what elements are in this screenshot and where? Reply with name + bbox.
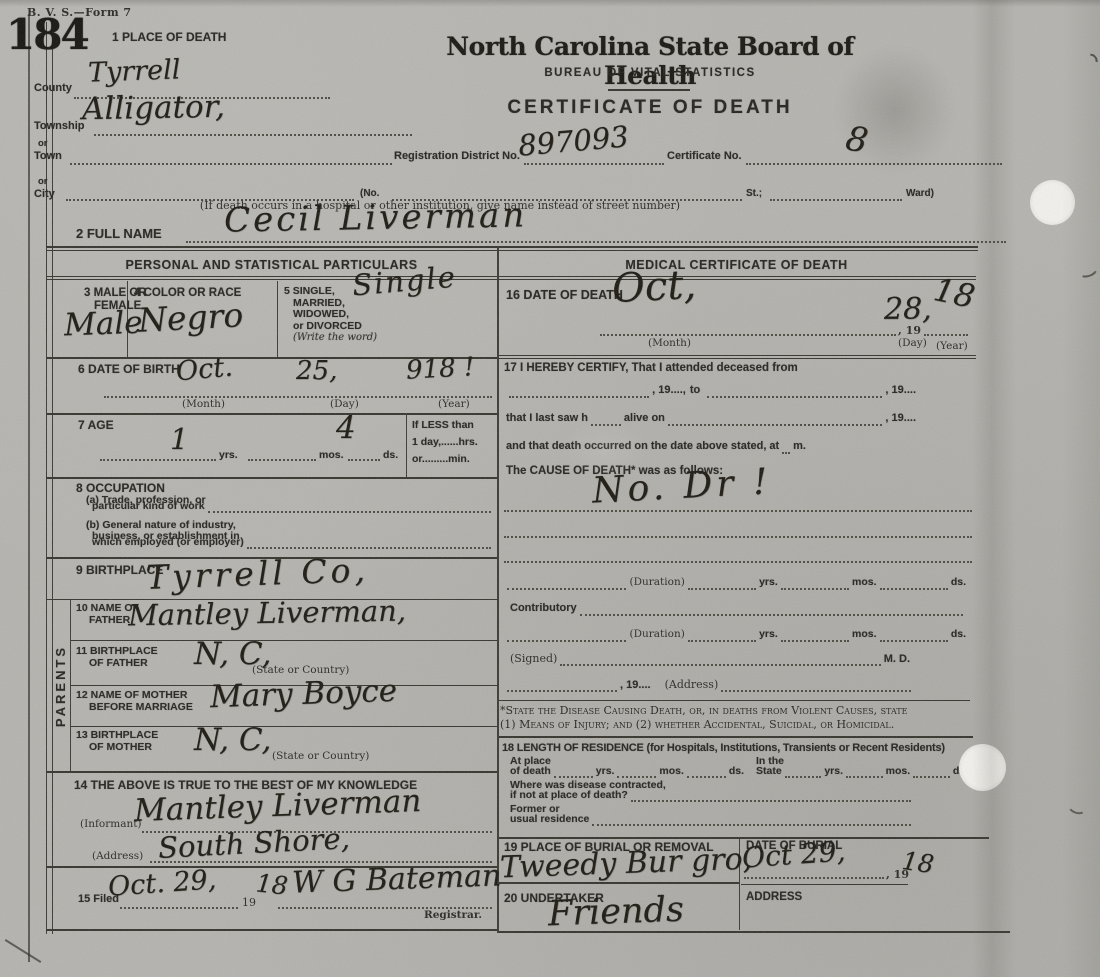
mother-birthplace-label: 13 BIRTHPLACE OF MOTHER — [76, 730, 158, 753]
certificate-no-label: Certificate No. — [667, 150, 742, 162]
undertaker-address-label: ADDRESS — [746, 891, 802, 903]
or-label-2: or — [38, 176, 48, 187]
contributory-line: Contributory — [510, 602, 966, 616]
org-title: North Carolina State Board of Health — [400, 32, 900, 90]
dob-label: 6 DATE OF BIRTH — [78, 362, 180, 376]
masthead-rule — [608, 89, 690, 91]
mother-birthplace-value: N, C, — [194, 722, 271, 758]
birthplace-value: Tyrrell Co, — [145, 550, 369, 597]
certify-statement-label: 17 I HEREBY CERTIFY, That I attended dec… — [504, 362, 798, 374]
father-birthplace-label: 11 BIRTHPLACE OF FATHER — [76, 646, 158, 669]
parents-side-label: PARENTS — [53, 626, 69, 746]
signed-date-address-line: , 19.... (Address) — [504, 678, 914, 692]
filed-year-value: 18 — [255, 868, 290, 900]
occupation-a-line2: particular kind of work — [92, 500, 494, 513]
dob-month-caption: (Month) — [182, 398, 225, 410]
full-name-line — [186, 240, 1006, 243]
cause-of-death-value: No. Dr ! — [591, 461, 772, 511]
residence-label: 18 LENGTH OF RESIDENCE (for Hospitals, I… — [502, 742, 945, 754]
dod-underline-1 — [499, 355, 976, 356]
age-yrs-line — [100, 458, 216, 461]
row-rule — [46, 477, 497, 479]
county-value: Tyrrell — [87, 54, 180, 88]
in-state-line: State yrs. mos. ds. — [756, 765, 968, 778]
registration-district-value: 897093 — [517, 119, 630, 163]
age-mos-unit: mos. — [319, 449, 344, 461]
township-line — [94, 133, 412, 136]
cell-divider-4-5 — [277, 281, 278, 357]
dob-month-value: Oct. — [175, 352, 234, 388]
age-mos-line — [248, 458, 316, 461]
informant-address-caption: (Address) — [92, 850, 143, 862]
cause-line-3 — [504, 560, 972, 563]
former-residence-line: usual residence — [510, 813, 914, 826]
mother-name-label: 12 NAME OF MOTHER BEFORE MARRIAGE — [76, 690, 193, 713]
dod-month-value: Oct, — [611, 262, 697, 312]
dod-year-caption: (Year) — [936, 340, 968, 352]
age-subbox-divider — [406, 413, 407, 477]
dob-day-caption: (Day) — [330, 398, 359, 410]
stray-pen-mark-4 — [5, 939, 42, 963]
stamp-number: 184 — [6, 10, 88, 59]
full-name-label: 2 FULL NAME — [76, 226, 162, 241]
row-rule — [46, 413, 497, 415]
scan-edge-shade — [1062, 0, 1100, 977]
cause-line-2 — [504, 535, 972, 538]
death-occurred-line: and that death occurred on the date abov… — [506, 440, 806, 454]
place-of-death-label: 1 PLACE OF DEATH — [112, 30, 226, 44]
medical-certificate-header: MEDICAL CERTIFICATE OF DEATH — [497, 258, 976, 272]
dod-year-printed: , 19 — [898, 324, 921, 337]
top-section-rule-1 — [46, 246, 978, 248]
dod-month-caption: (Month) — [648, 337, 691, 349]
ward-label: Ward) — [906, 188, 934, 199]
age-less-than-note: If LESS than 1 day,......hrs. or........… — [412, 417, 478, 468]
undertaker-value: Friends — [547, 890, 684, 935]
duration-line-1: (Duration) yrs. mos. ds. — [504, 576, 966, 590]
dod-day-value: 28, — [884, 292, 932, 327]
mother-name-value: Mary Boyce — [209, 673, 397, 716]
street-label: St.; — [746, 188, 762, 199]
dob-year-caption: (Year) — [438, 398, 470, 410]
parents-strip-divider — [70, 599, 71, 771]
at-place-line: of death yrs. mos. ds. — [510, 765, 744, 778]
residence-bottom-rule — [499, 837, 989, 839]
signed-line: (Signed) M. D. — [510, 652, 910, 666]
dod-line — [600, 333, 896, 336]
age-yrs-unit: yrs. — [219, 449, 238, 461]
right-header-underline-2 — [499, 279, 976, 280]
cause-line-1 — [504, 509, 972, 512]
burial-date-value: Oct 29, — [741, 834, 846, 874]
last-saw-alive-line: that I last saw h alive on , 19.... — [506, 412, 916, 426]
occupation-label: 8 OCCUPATION — [76, 481, 165, 495]
dob-year-value: 918 ! — [405, 352, 475, 386]
age-ds-value: 4 — [336, 410, 356, 446]
parents-row-rule — [70, 640, 497, 641]
column-divider — [497, 246, 499, 933]
county-label: County — [34, 82, 72, 94]
burial-date-underline — [741, 884, 908, 885]
father-name-value: Mantley Liverman, — [128, 594, 407, 633]
filed-date-value: Oct. 29, — [107, 864, 217, 902]
certificate-no-value: 8 — [843, 118, 871, 161]
certificate-no-line — [746, 162, 1002, 165]
age-ds-unit: ds. — [383, 449, 398, 461]
age-label: 7 AGE — [78, 418, 114, 432]
dob-line — [104, 395, 492, 398]
right-header-underline-1 — [499, 276, 976, 277]
full-name-value: Cecil Liverman — [224, 195, 528, 240]
parents-row-rule — [70, 726, 497, 727]
city-label: City — [34, 188, 55, 200]
duration-line-2: (Duration) yrs. mos. ds. — [504, 628, 966, 642]
registrar-caption: Registrar. — [424, 909, 482, 921]
registrar-signature: W G Bateman — [291, 858, 501, 900]
burial-date-line — [744, 876, 884, 879]
or-label-1: or — [38, 138, 48, 149]
top-section-rule-2 — [46, 250, 978, 251]
sex-value: Male — [63, 305, 143, 344]
township-label: Township — [34, 120, 85, 132]
outer-left-rule — [28, 14, 30, 962]
certificate-title: CERTIFICATE OF DEATH — [400, 97, 900, 119]
informant-caption: (Informant) — [80, 818, 142, 830]
town-line — [70, 162, 392, 165]
scan-crease — [972, 0, 1016, 977]
town-label: Town — [34, 150, 62, 162]
dod-year-line — [924, 333, 968, 336]
disease-contracted-line: if not at place of death? — [510, 789, 914, 802]
footnote-top-rule — [499, 700, 970, 701]
race-value: Negro — [137, 295, 244, 339]
filed-year-printed: 19 — [242, 896, 256, 909]
dob-day-value: 25, — [296, 356, 337, 386]
dod-underline-2 — [499, 358, 976, 359]
footnote: *State the Disease Causing Death, or, in… — [500, 704, 972, 731]
state-or-country-caption-2: (State or Country) — [272, 750, 369, 762]
filed-date-line — [120, 906, 238, 909]
informant-address-value: South Shore, — [157, 821, 350, 865]
registration-district-label: Registration District No. — [394, 150, 520, 162]
township-value: Alligator, — [82, 89, 225, 127]
dod-day-caption: (Day) — [898, 337, 927, 349]
certify-from-to-line: , 19...., to , 19.... — [506, 384, 916, 398]
left-bottom-rule — [46, 929, 497, 931]
age-yrs-value: 1 — [170, 422, 188, 456]
bureau-subtitle: BUREAU OF VITAL STATISTICS — [400, 67, 900, 79]
death-certificate-scan: B. V. S.—Form 7 184 1 PLACE OF DEATH Nor… — [0, 0, 1100, 977]
age-ds-line — [348, 458, 380, 461]
burial-year-value: 18 — [900, 846, 936, 879]
occupation-b-line3: which employed (or employer) — [92, 536, 494, 549]
dod-label: 16 DATE OF DEATH — [506, 288, 623, 302]
registration-district-line — [524, 162, 664, 165]
footnote-bottom-rule — [499, 736, 973, 738]
burial-place-value: Tweedy Bur gro, — [499, 842, 752, 886]
row-rule-thick — [46, 771, 497, 773]
street-line — [770, 198, 902, 201]
